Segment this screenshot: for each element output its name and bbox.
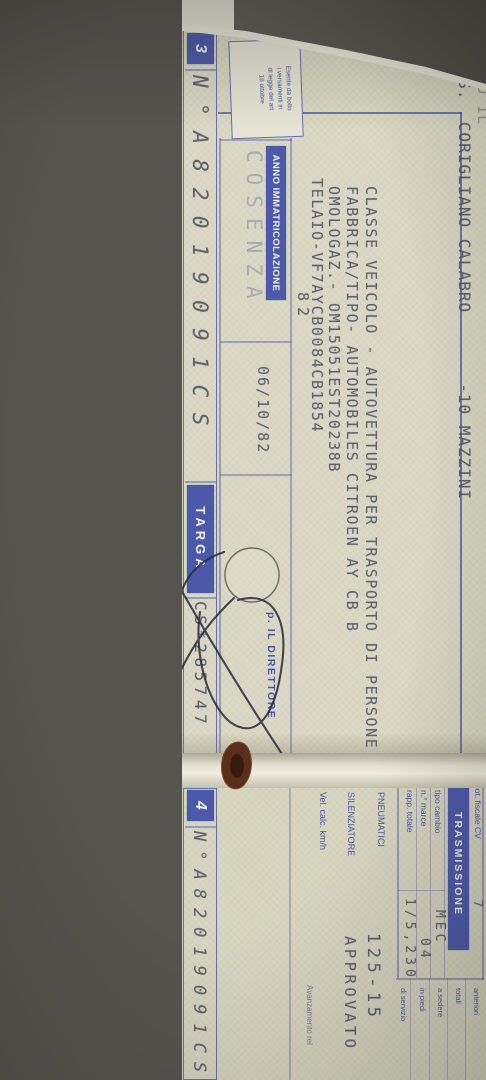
table-border bbox=[398, 788, 400, 978]
page4: pot. fiscale CV 7 TRASMISSIONE tipo camb… bbox=[182, 788, 486, 1080]
strip-divider bbox=[185, 826, 216, 828]
omologazione-line: OMOLOGAZ.- OM15051EST20238B bbox=[325, 186, 343, 473]
classe-veicolo-line: CLASSE VEICOLO - AUTOVETTURA PER TRASPOR… bbox=[362, 186, 380, 749]
cell-divider bbox=[220, 341, 292, 343]
seats-row-line bbox=[465, 978, 466, 1080]
residence-city: RES. CORIGLIANO CALABRO bbox=[455, 58, 474, 313]
document-photo: NATO IL RES. CORIGLIANO CALABRO-10 MAZZI… bbox=[0, 0, 486, 1080]
page4-bottom-strip: 4 N°A82019091CS bbox=[183, 788, 217, 1080]
trasmissione-header: TRASMISSIONE bbox=[448, 788, 469, 950]
page4-number: 4 bbox=[192, 801, 210, 810]
signature-ink bbox=[180, 520, 306, 760]
residence-line: RES. CORIGLIANO CALABRO-10 MAZZINI bbox=[454, 58, 474, 500]
rapporto-label: rapp. totale bbox=[405, 790, 415, 833]
anno-label-text: ANNO IMMATRICOLAZIONE bbox=[271, 155, 282, 292]
seats-a-sedere-label: a sedere bbox=[436, 988, 445, 1017]
pneumatici-label: PNEUMATICI bbox=[376, 792, 386, 847]
page3-number-box: 3 bbox=[187, 33, 214, 64]
office-stamp-cosenza: COSENZA bbox=[242, 150, 266, 309]
page3-serial: N°A82019091CS bbox=[188, 75, 212, 441]
margin-note: Avanzamento rel bbox=[305, 985, 314, 1045]
table-column-divider bbox=[398, 890, 445, 891]
page4-content-border bbox=[290, 788, 292, 1080]
seats-row-line bbox=[447, 978, 448, 1080]
rotated-document: NATO IL RES. CORIGLIANO CALABRO-10 MAZZI… bbox=[0, 0, 486, 1080]
marce-value: 04 bbox=[417, 938, 432, 962]
rapporto-value: 1/5,230 bbox=[402, 898, 417, 981]
page4-number-box: 4 bbox=[187, 790, 214, 821]
fabbrica-tipo-line: FABBRICA/TIPO- AUTOMOBILES CITROEN AY CB… bbox=[343, 186, 361, 633]
pneumatici-value: 125-15 bbox=[363, 933, 383, 1021]
pot-fiscale-label: pot. fiscale CV bbox=[473, 788, 483, 839]
seats-di-servizio-label: di servizio bbox=[399, 988, 408, 1021]
page4-serial: N°A82019091CS bbox=[189, 831, 209, 1080]
registration-date: 06/10/82 bbox=[254, 366, 272, 454]
silenziatore-value: APPROVATO bbox=[341, 936, 359, 1052]
table-row-line bbox=[444, 788, 445, 978]
silenziatore-label: SILENZIATORE bbox=[346, 792, 356, 856]
pot-fiscale-value: 7 bbox=[471, 900, 485, 907]
anno-value: 82 bbox=[294, 292, 312, 322]
seats-row-line bbox=[429, 978, 430, 1080]
anno-immatricolazione-label: ANNO IMMATRICOLAZIONE bbox=[266, 146, 286, 300]
seats-anteriori-label: anteriori bbox=[472, 988, 481, 1015]
page3-number: 3 bbox=[192, 44, 210, 53]
tipo-cambio-value: MEC bbox=[432, 910, 447, 945]
trasmissione-header-text: TRASMISSIONE bbox=[453, 812, 465, 916]
velocita-label: Vel. calc. km/h bbox=[318, 792, 328, 850]
seats-row-line bbox=[410, 978, 411, 1080]
cell-divider bbox=[220, 474, 292, 476]
strip-divider bbox=[185, 481, 216, 483]
exemption-stamp-box: Esente da bollo i versamenti in di legge… bbox=[228, 39, 303, 139]
seats-in-piedi-label: in piedi bbox=[418, 988, 427, 1012]
page3: NATO IL RES. CORIGLIANO CALABRO-10 MAZZI… bbox=[182, 0, 486, 755]
seats-totali-label: totali bbox=[454, 988, 463, 1004]
strip-divider bbox=[185, 69, 216, 71]
marce-label: n.° marce bbox=[419, 790, 429, 826]
tipo-cambio-label: tipo cambio bbox=[433, 790, 443, 833]
residence-street: -10 MAZZINI bbox=[455, 383, 474, 500]
tear-stain bbox=[220, 738, 254, 794]
